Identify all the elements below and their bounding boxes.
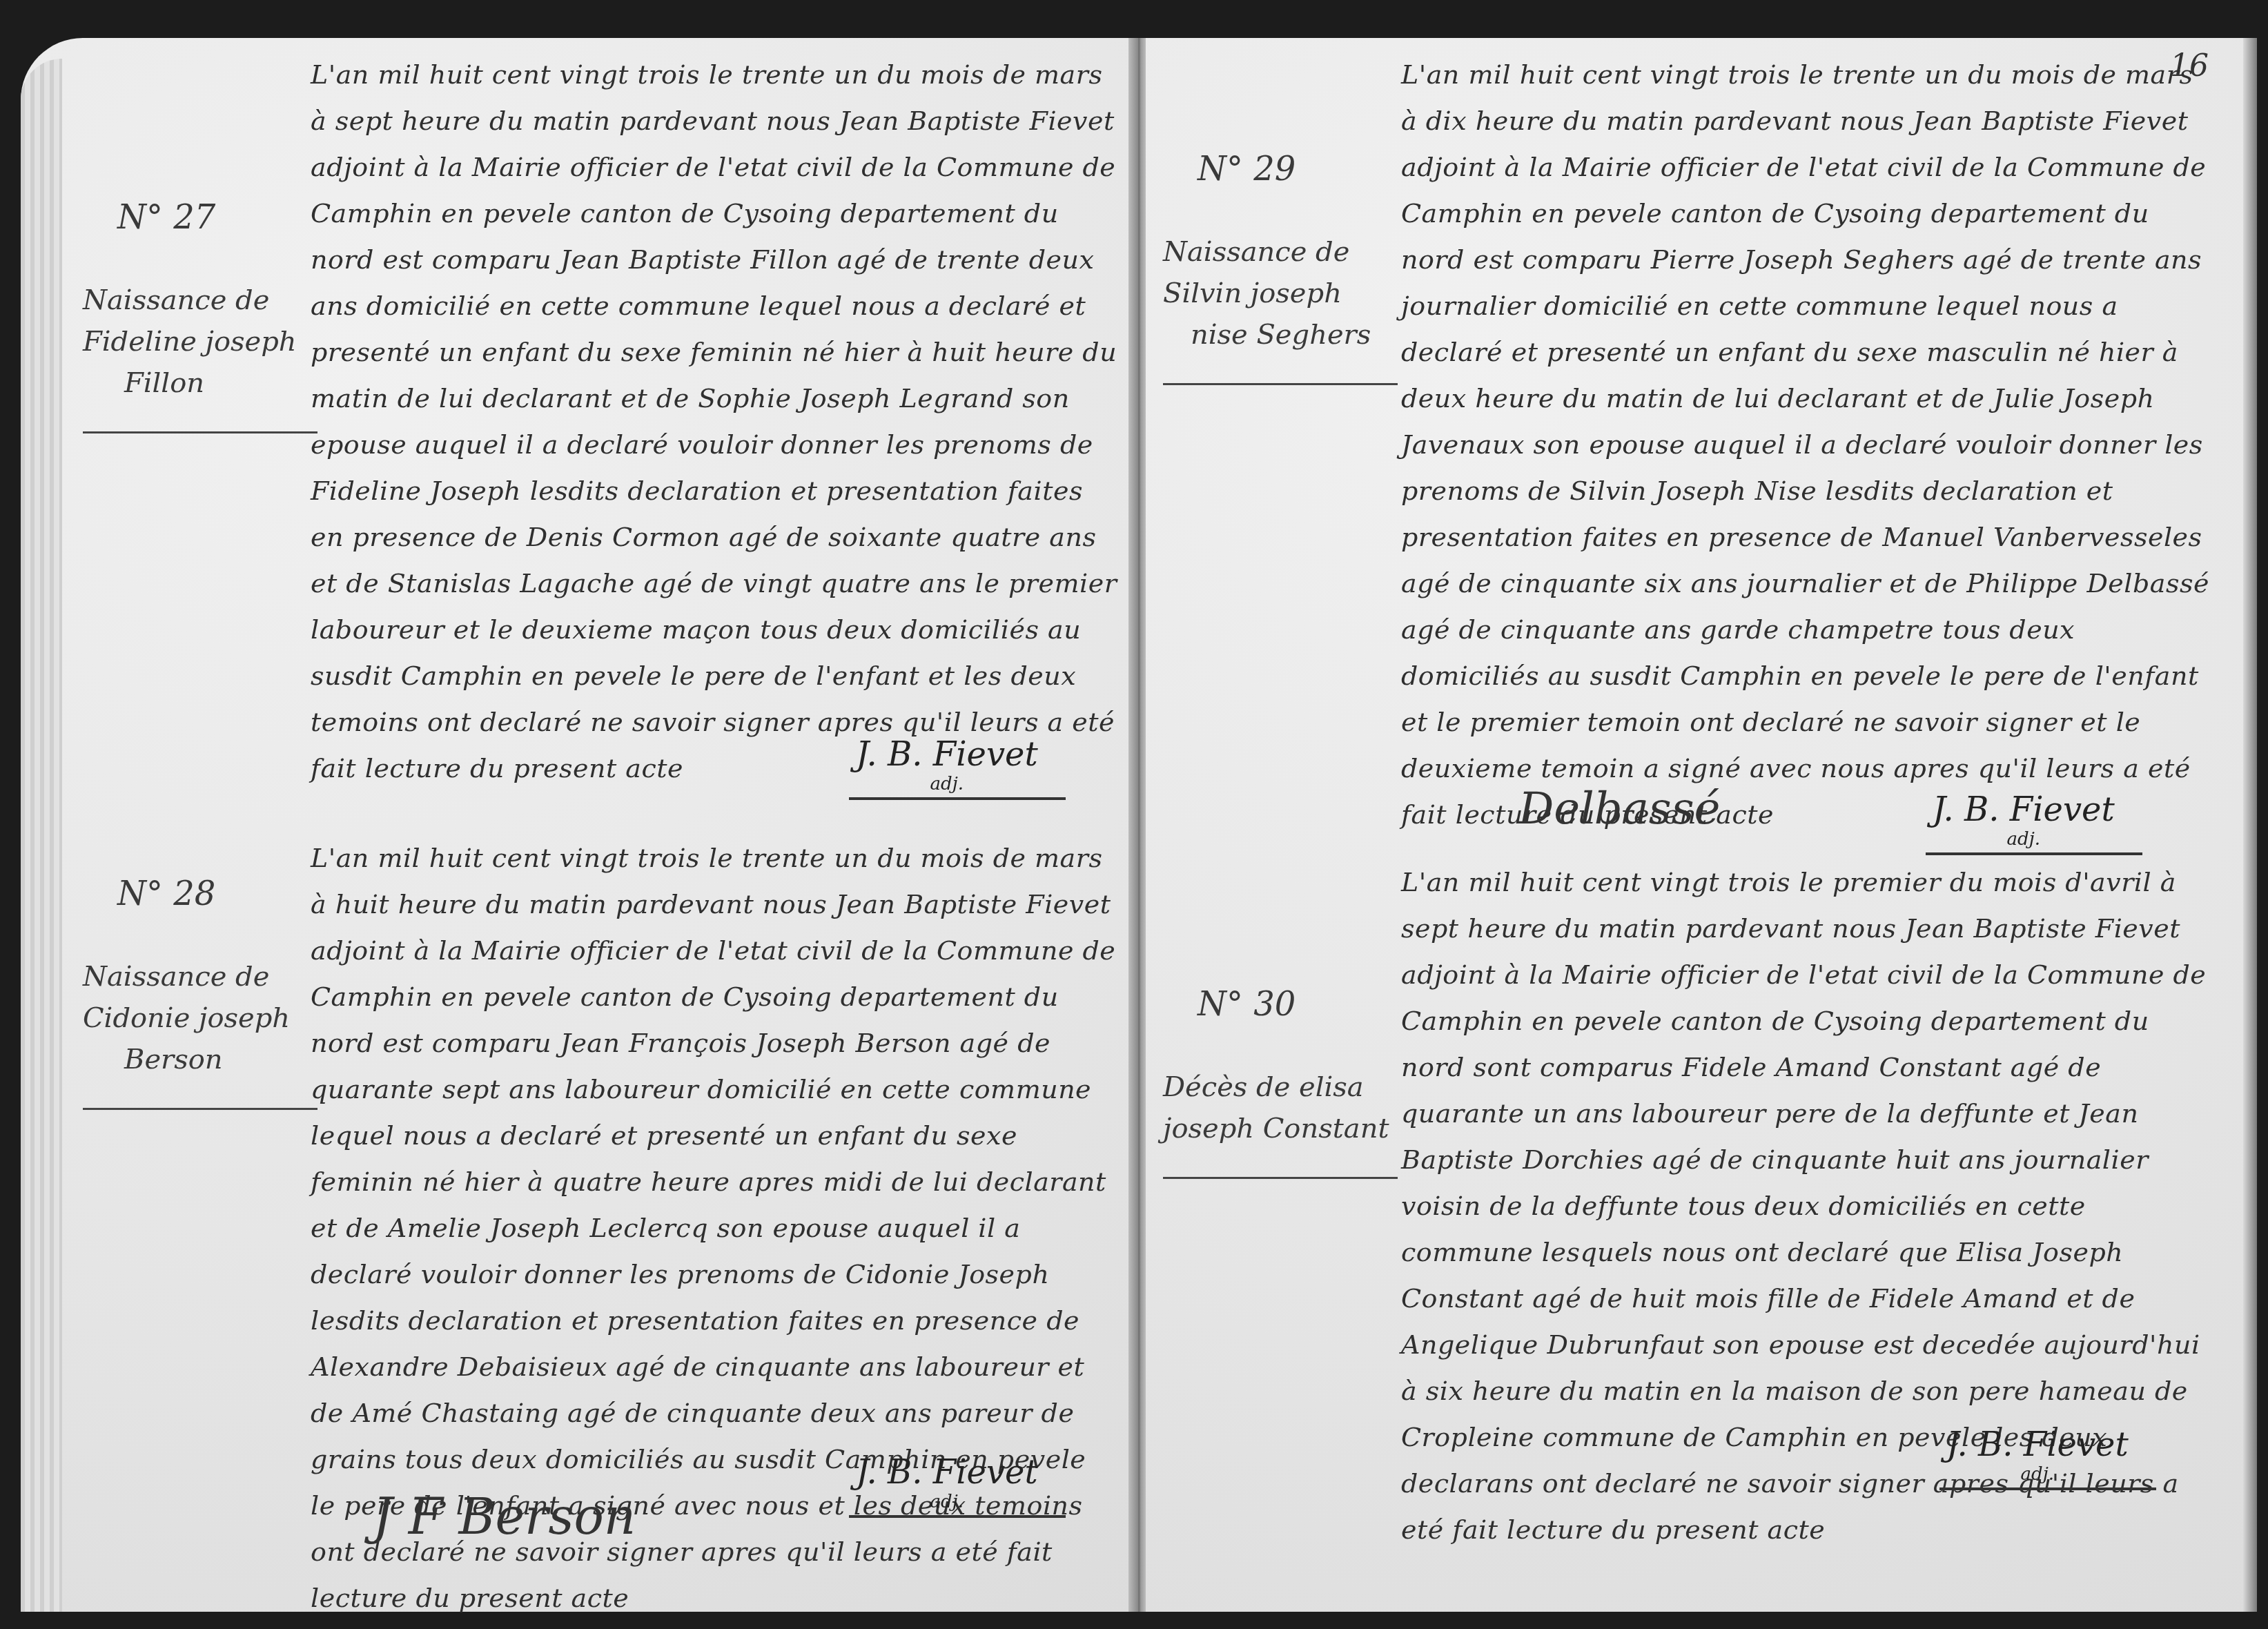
entry-title-line: Naissance de: [1163, 231, 1411, 273]
entry-title-line: Décès de elisa: [1163, 1066, 1411, 1108]
margin-note-entry-27: N° 27 Naissance de Fideline joseph Fillo…: [83, 197, 331, 433]
entry-title-line: Berson: [83, 1039, 331, 1080]
officer-signature: J. B. Fievet adj.: [1926, 790, 2142, 855]
witness-signature: J F Berson: [373, 1487, 636, 1545]
entry-number: N° 29: [1163, 148, 1411, 190]
signature-sub: adj.: [1933, 829, 2115, 850]
right-page: 16 N° 29 Naissance de Silvin joseph nise…: [1146, 38, 2257, 1612]
margin-note-entry-29: N° 29 Naissance de Silvin joseph nise Se…: [1163, 148, 1411, 385]
entry-title-line: Fideline joseph: [83, 321, 331, 362]
entry-text-27: L'an mil huit cent vingt trois le trente…: [311, 52, 1118, 792]
entry-title-line: Naissance de: [83, 956, 331, 997]
entry-text-29: L'an mil huit cent vingt trois le trente…: [1401, 52, 2216, 838]
signature-sub: adj.: [856, 774, 1038, 794]
entry-number: N° 28: [83, 873, 331, 915]
witness-signature: Delbassé: [1518, 783, 1720, 835]
signature-text: J. B. Fievet: [856, 1453, 1038, 1492]
entry-title-line: Silvin joseph: [1163, 273, 1411, 314]
margin-note-entry-30: N° 30 Décès de elisa joseph Constant: [1163, 984, 1411, 1179]
entry-number: N° 27: [83, 197, 331, 238]
entry-number: N° 30: [1163, 984, 1411, 1025]
entry-title-line: joseph Constant: [1163, 1108, 1411, 1149]
entry-title-line: nise Seghers: [1163, 314, 1411, 355]
entry-title-line: Fillon: [83, 362, 331, 404]
signature-sub: adj.: [1946, 1464, 2129, 1485]
officer-signature: J. B. Fievet adj.: [849, 735, 1066, 800]
officer-signature: J. B. Fievet adj.: [1939, 1425, 2156, 1490]
signature-text: J. B. Fievet: [1946, 1425, 2129, 1464]
signature-text: J. B. Fievet: [856, 735, 1038, 774]
entry-title-line: Cidonie joseph: [83, 997, 331, 1039]
entry-title-line: Naissance de: [83, 280, 331, 321]
signature-text: J. B. Fievet: [1933, 790, 2115, 829]
open-register-book: N° 27 Naissance de Fideline joseph Fillo…: [21, 38, 2257, 1612]
separator-rule: [83, 431, 317, 433]
margin-note-entry-28: N° 28 Naissance de Cidonie joseph Berson: [83, 873, 331, 1110]
page-edge: [2243, 38, 2257, 1612]
officer-signature: J. B. Fievet adj.: [849, 1453, 1066, 1518]
signature-sub: adj.: [856, 1492, 1038, 1512]
separator-rule: [83, 1108, 317, 1110]
separator-rule: [1163, 383, 1398, 385]
separator-rule: [1163, 1177, 1398, 1179]
left-page: N° 27 Naissance de Fideline joseph Fillo…: [21, 38, 1135, 1612]
